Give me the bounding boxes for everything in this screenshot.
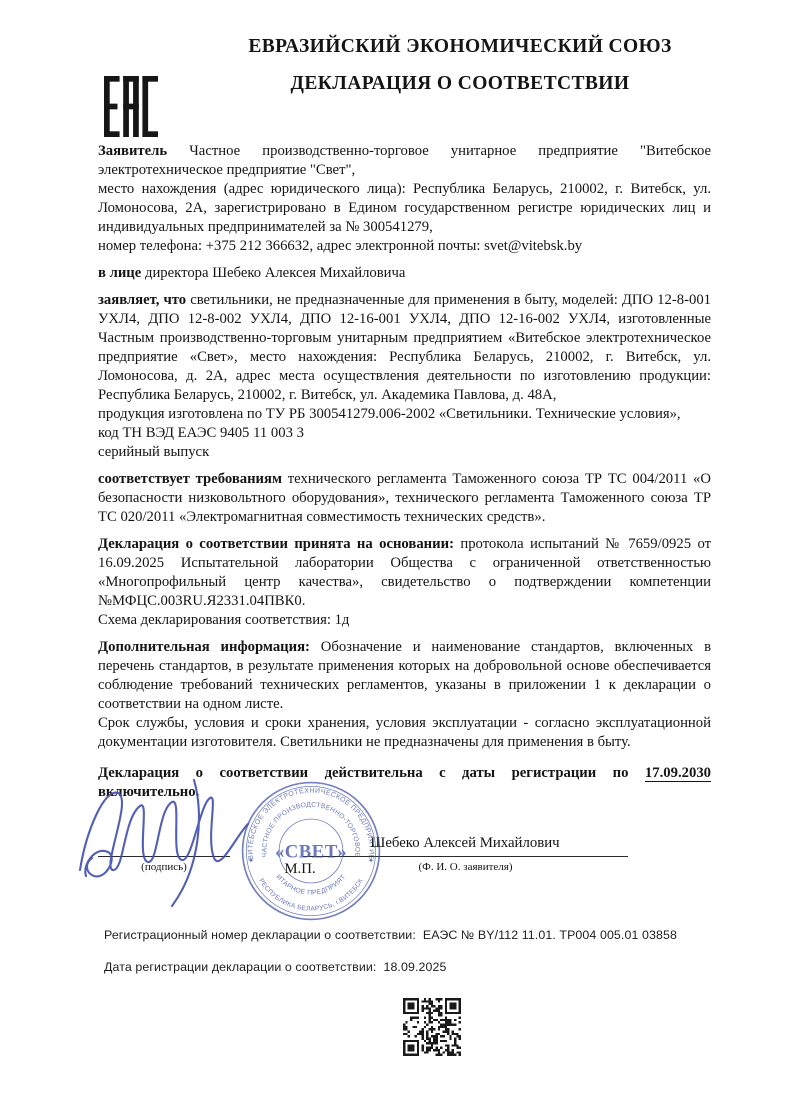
declaration-body: Заявитель Частное производственно-торгов…	[98, 142, 711, 802]
product-tnved-code: код ТН ВЭД ЕАЭС 9405 11 003 3	[98, 424, 711, 443]
registration-date-line: Дата регистрации декларации о соответств…	[104, 960, 446, 974]
person-paragraph: в лице директора Шебеко Алексея Михайлов…	[98, 264, 711, 283]
qr-code	[403, 998, 461, 1056]
applicant-label: Заявитель	[98, 143, 167, 159]
additional-info-label: Дополнительная информация:	[98, 639, 310, 655]
declaration-scheme: Схема декларирования соответствия: 1д	[98, 611, 711, 630]
applicant-address: место нахождения (адрес юридического лиц…	[98, 180, 711, 237]
product-paragraph: заявляет, что светильники, не предназнач…	[98, 291, 711, 405]
applicant-paragraph: Заявитель Частное производственно-торгов…	[98, 142, 711, 180]
registration-number-value: ЕАЭС № BY/112 11.01. ТР004 005.01 03858	[423, 928, 677, 942]
validity-date: 17.09.2030	[645, 765, 711, 782]
registration-number-label: Регистрационный номер декларации о соотв…	[104, 928, 416, 942]
document-titles: ЕВРАЗИЙСКИЙ ЭКОНОМИЧЕСКИЙ СОЮЗ ДЕКЛАРАЦИ…	[150, 36, 770, 95]
registration-number-line: Регистрационный номер декларации о соотв…	[104, 928, 677, 942]
basis-paragraph: Декларация о соответствии принята на осн…	[98, 535, 711, 611]
declares-label: заявляет, что	[98, 292, 186, 308]
registration-date-label: Дата регистрации декларации о соответств…	[104, 960, 376, 974]
product-description: светильники, не предназначенные для прим…	[98, 292, 711, 403]
service-life-text: Срок службы, условия и сроки хранения, у…	[98, 714, 711, 752]
union-title: ЕВРАЗИЙСКИЙ ЭКОНОМИЧЕСКИЙ СОЮЗ	[150, 36, 770, 58]
product-issue-type: серийный выпуск	[98, 443, 711, 462]
stamp-place-label: М.П.	[270, 861, 330, 878]
document-title: ДЕКЛАРАЦИЯ О СООТВЕТСТВИИ	[150, 73, 770, 95]
applicant-contacts: номер телефона: +375 212 366632, адрес э…	[98, 237, 711, 256]
registration-date-value: 18.09.2025	[383, 960, 446, 974]
declaration-page: ЕВРАЗИЙСКИЙ ЭКОНОМИЧЕСКИЙ СОЮЗ ДЕКЛАРАЦИ…	[0, 0, 792, 1120]
conformity-label: соответствует требованиям	[98, 471, 282, 487]
basis-label: Декларация о соответствии принята на осн…	[98, 536, 454, 552]
applicant-company: Частное производственно-торговое унитарн…	[98, 143, 711, 178]
product-tu: продукция изготовлена по ТУ РБ 300541279…	[98, 405, 711, 424]
stamp-separator-right: ✦	[368, 856, 375, 865]
declarant-name: Шебеко Алексей Михайлович	[300, 835, 630, 852]
additional-info-paragraph: Дополнительная информация: Обозначение и…	[98, 638, 711, 714]
handwritten-signature	[72, 772, 336, 914]
conformity-paragraph: соответствует требованиям технического р…	[98, 470, 711, 527]
person-name: директора Шебеко Алексея Михайловича	[145, 265, 405, 281]
person-label: в лице	[98, 265, 141, 281]
